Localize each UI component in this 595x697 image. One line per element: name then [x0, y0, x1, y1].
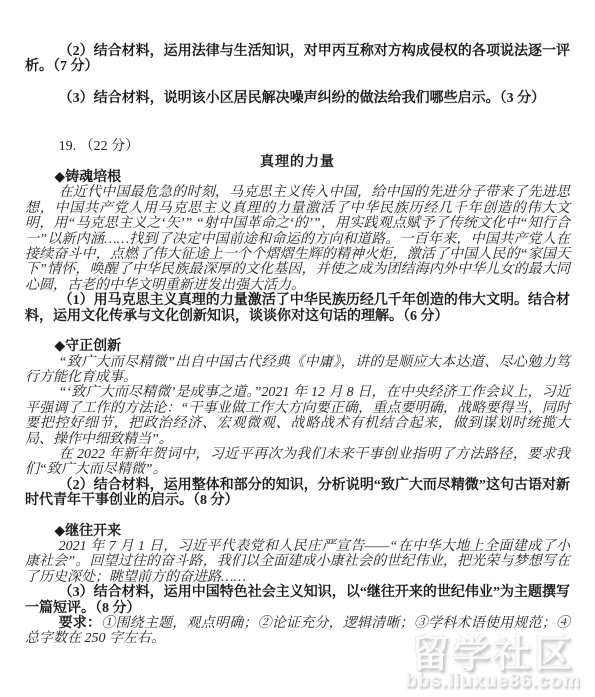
material-paragraph: 2021 年 7 月 1 日，习近平代表党和人民庄严宣告——“在中华大地上全面建… — [25, 539, 570, 585]
intro-question-3: （3）结合材料，说明该小区居民解决噪声纠纷的做法给我们哪些启示。（3 分） — [25, 91, 570, 106]
material-paragraph: “致广大而尽精微”出自中国古代经典《中庸》，讲的是顺应大本达道、尽心勉力笃行方能… — [25, 355, 570, 386]
watermark-url: bbs.liuxue86.com — [406, 671, 581, 693]
material-paragraph: “‘致广大而尽精微’是成事之道。”2021 年 12 月 8 日，在中央经济工作… — [25, 385, 570, 447]
section-heading-2: ◆守正创新 — [25, 339, 570, 354]
requirements-line: 要求：①围绕主题，观点明确；②论证充分，逻辑清晰；③学科术语使用规范；④总字数在… — [25, 616, 570, 647]
requirements-label: 要求： — [59, 616, 102, 631]
requirements-text: ①围绕主题，观点明确；②论证充分，逻辑清晰；③学科术语使用规范；④总字数在 25… — [25, 616, 570, 646]
sub-question-2: （2）结合材料，运用整体和部分的知识，分析说明“致广大而尽精微”这句古语对新时代… — [25, 478, 570, 509]
sub-question-3: （3）结合材料，运用中国特色社会主义知识，以“继往开来的世纪伟业”为主题撰写一篇… — [25, 585, 570, 616]
intro-question-2: （2）结合材料，运用法律与生活知识，对甲丙互称对方构成侵权的各项说法逐一评析。（… — [25, 44, 570, 75]
material-paragraph: 在近代中国最危急的时刻，马克思主义传入中国，给中国的先进分子带来了先进思想，中国… — [25, 185, 570, 293]
section-heading-3: ◆继往开来 — [25, 524, 570, 539]
question-19-number: 19. （22 分） — [25, 139, 570, 154]
material-title: 真理的力量 — [25, 155, 570, 170]
section-heading-1: ◆铸魂培根 — [25, 170, 570, 185]
exam-text-body: （2）结合材料，运用法律与生活知识，对甲丙互称对方构成侵权的各项说法逐一评析。（… — [25, 44, 570, 647]
document-page: （2）结合材料，运用法律与生活知识，对甲丙互称对方构成侵权的各项说法逐一评析。（… — [0, 0, 595, 697]
material-paragraph: 在 2022 年新年贺词中，习近平再次为我们未来干事创业指明了方法路径，要求我们… — [25, 447, 570, 478]
sub-question-1: （1）用马克思主义真理的力量激活了中华民族历经几千年创造的伟大文明。结合材料，运… — [25, 293, 570, 324]
